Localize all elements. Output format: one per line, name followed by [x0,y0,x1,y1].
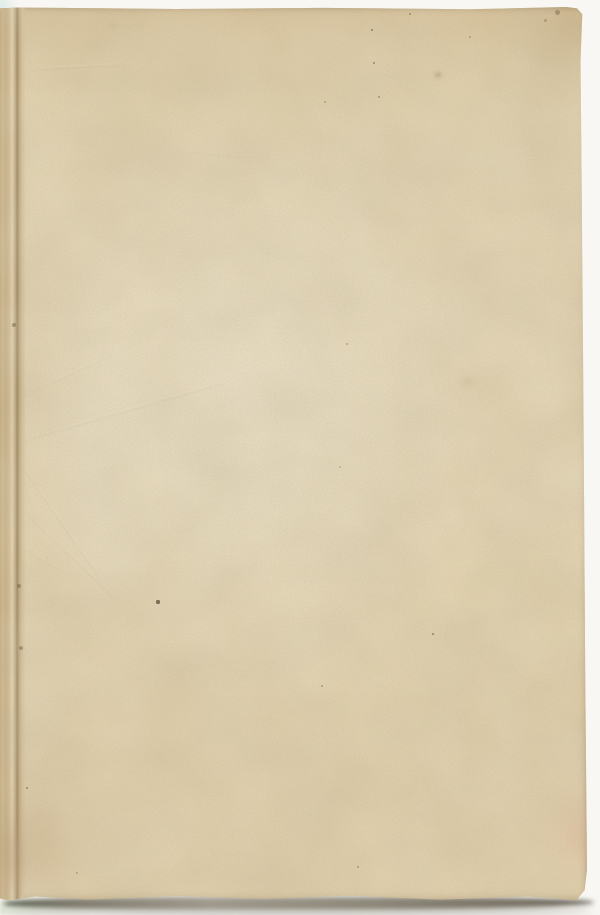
speck [321,685,323,687]
speck [26,787,28,789]
speck [357,866,359,868]
speck [346,343,348,345]
speck [17,584,21,588]
speck [339,466,341,468]
speck [378,96,380,98]
speck [555,10,560,15]
speck [156,600,159,603]
speck [371,29,373,31]
speck [544,19,547,22]
speck [373,62,375,64]
scanner-bed [0,0,600,915]
speck [409,13,411,15]
speck [76,872,78,874]
speck [469,36,471,38]
speck [324,101,326,103]
book-page [0,7,587,901]
speck [12,323,16,327]
speck [19,646,23,650]
specks-layer [0,0,600,915]
speck [432,633,434,635]
